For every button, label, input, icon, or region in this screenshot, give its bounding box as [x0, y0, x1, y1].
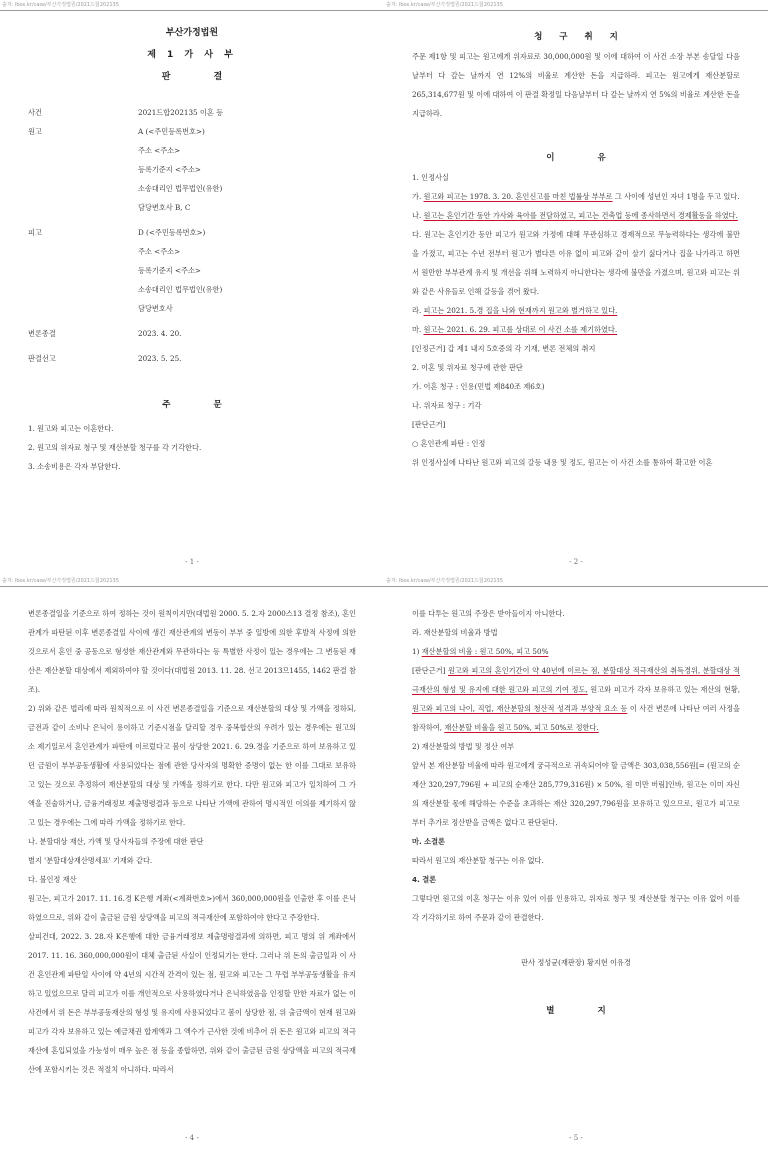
paragraph: 변론종결일을 기준으로 하여 정하는 것이 원칙이지만(대법원 2000. 5.…: [28, 604, 356, 699]
item-prefix: [판단근거]: [412, 666, 448, 675]
item-prefix: 나.: [412, 211, 424, 220]
defendant-line: D (<주민등록번호>): [138, 223, 356, 242]
page-number: - 5 -: [384, 1134, 768, 1142]
defendant-line: 담당변호사: [138, 299, 356, 318]
header-rule: [384, 10, 768, 11]
section-heading: 다. 불인정 재산: [28, 870, 356, 889]
page-number: - 4 -: [0, 1134, 384, 1142]
ruling-date: 2023. 5. 25.: [138, 349, 356, 368]
paragraph: 2) 위와 같은 법리에 따라 원칙적으로 이 사건 변론종결일을 기준으로 재…: [28, 699, 356, 832]
plaintiff-label: 원고: [28, 122, 138, 217]
page-1: 출처: lbox.kr/case/부산가정법원/2021드합202135 부산가…: [0, 0, 384, 576]
order-item: 1. 원고와 피고는 이혼한다.: [28, 419, 356, 438]
order-item: 2. 원고의 위자료 청구 및 재산분할 청구를 각 기각한다.: [28, 438, 356, 457]
ruling-label: 판결선고: [28, 349, 138, 368]
fact-ma: 마. 원고는 2021. 6. 29. 피고를 상대로 이 사건 소를 제기하였…: [412, 320, 740, 339]
paragraph: 앞서 본 재산분할 비율에 따라 원고에게 궁극적으로 귀속되어야 할 금액은 …: [412, 756, 740, 832]
division-name: 제 1 가 사 부: [28, 46, 356, 65]
section-heading: 4. 결론: [412, 870, 740, 889]
claim-text: 주문 제1항 및 피고는 원고에게 위자료로 30,000,000원 및 이에 …: [412, 47, 740, 123]
claim-heading: 청 구 취 지: [412, 28, 740, 47]
defendant-line: 주소 <주소>: [138, 242, 356, 261]
page-5: 출처: lbox.kr/case/부산가정법원/2021드합202135 이를 …: [384, 576, 768, 1152]
court-name: 부산가정법원: [28, 24, 356, 43]
highlighted-text: 원고는 2021. 6. 29. 피고를 상대로 이 사건 소를 제기하였다.: [424, 325, 618, 334]
header-rule: [384, 586, 768, 587]
defendant-line: 등록기준지 <주소>: [138, 261, 356, 280]
section-heading: 라. 재산분할의 비율과 방법: [412, 623, 740, 642]
fact-ra: 라. 피고는 2021. 5.경 집을 나와 현재까지 원고와 별거하고 있다.: [412, 301, 740, 320]
highlighted-text: 재산분할 비율을 원고 50%, 피고 50%로 정한다.: [444, 723, 598, 732]
text: 원고와 피고가 각자 보유하고 있는 재산의 현황,: [588, 685, 740, 694]
reason-heading: 이 유: [412, 149, 740, 168]
highlighted-text: 피고는 2021. 5.경 집을 나와 현재까지 원고와 별거하고 있다.: [424, 306, 618, 315]
item-prefix: 1): [412, 647, 422, 656]
breakdown-finding: ○ 혼인관계 파탄 : 인정: [412, 434, 740, 453]
highlighted-text: 원고와 피고의 나이, 직업, 재산분할의 청산적 성격과 부양적 요소 등: [412, 704, 627, 713]
highlighted-text: 원고는 혼인기간 동안 가사와 육아를 전담하였고, 피고는 건축업 등에 종사…: [424, 211, 738, 220]
closing-date: 2023. 4. 20.: [138, 324, 356, 343]
paragraph: 이를 다투는 원고의 주장은 받아들이지 아니한다.: [412, 604, 740, 623]
highlighted-text: 원고와 피고는 1978. 3. 20. 혼인신고를 마친 법률상 부부로: [424, 192, 613, 201]
source-header: 출처: lbox.kr/case/부산가정법원/2021드합202135: [386, 577, 503, 584]
page-number: - 2 -: [384, 558, 768, 566]
defendant-line: 소송대리인 법무법인(유한): [138, 280, 356, 299]
ratio-line: 1) 재산분할의 비율 : 원고 50%, 피고 50%: [412, 642, 740, 661]
order-heading: 주 문: [28, 396, 356, 415]
fact-da: 다. 원고는 혼인기간 동안 피고가 원고와 가정에 대해 무관심하고 경제적으…: [412, 225, 740, 301]
text: 그 사이에 성년인 자녀 1명을 두고 있다.: [613, 192, 740, 201]
document-viewer: 출처: lbox.kr/case/부산가정법원/2021드합202135 부산가…: [0, 0, 768, 1152]
page-2: 출처: lbox.kr/case/부산가정법원/2021드합202135 청 구…: [384, 0, 768, 576]
paragraph: 따라서 원고의 재산분할 청구는 이유 없다.: [412, 851, 740, 870]
case-value: 2021드합202135 이혼 등: [138, 103, 356, 122]
order-item: 3. 소송비용은 각자 부담한다.: [28, 457, 356, 476]
plaintiff-line: A (<주민등록번호>): [138, 122, 356, 141]
section-heading: 2) 재산분할의 방법 및 정산 여부: [412, 737, 740, 756]
case-row: 사건 2021드합202135 이혼 등: [28, 103, 356, 122]
paragraph: 원고는, 피고가 2017. 11. 16.경 K은행 계좌(<계좌번호>)에서…: [28, 889, 356, 927]
header-rule: [0, 10, 384, 11]
defendant-row: 피고 D (<주민등록번호>) 주소 <주소> 등록기준지 <주소> 소송대리인…: [28, 223, 356, 318]
doc-type: 판 결: [28, 68, 356, 87]
plaintiff-line: 등록기준지 <주소>: [138, 160, 356, 179]
judgment-heading: 2. 이혼 및 위자료 청구에 관한 판단: [412, 358, 740, 377]
alimony-claim: 나. 위자료 청구 : 기각: [412, 396, 740, 415]
judges-signature: 판사 정성균(재판장) 황지현 이유경: [412, 953, 740, 972]
defendant-label: 피고: [28, 223, 138, 318]
highlighted-text: 재산분할의 비율 : 원고 50%, 피고 50%: [422, 647, 549, 656]
plaintiff-line: 주소 <주소>: [138, 141, 356, 160]
section-heading: 마. 소결론: [412, 832, 740, 851]
continued-text: 위 인정사실에 나타난 원고와 피고의 갈등 내용 및 정도, 원고는 이 사건…: [412, 453, 740, 472]
source-header: 출처: lbox.kr/case/부산가정법원/2021드합202135: [386, 1, 503, 8]
divorce-claim: 가. 이혼 청구 : 인용(민법 제840조 제6호): [412, 377, 740, 396]
item-prefix: 마.: [412, 325, 424, 334]
plaintiff-line: 소송대리인 법무법인(유한): [138, 179, 356, 198]
item-prefix: 가.: [412, 192, 424, 201]
source-header: 출처: lbox.kr/case/부산가정법원/2021드합202135: [2, 1, 119, 8]
header-rule: [0, 586, 384, 587]
page-4: 출처: lbox.kr/case/부산가정법원/2021드합202135 변론종…: [0, 576, 384, 1152]
fact-ga: 가. 원고와 피고는 1978. 3. 20. 혼인신고를 마친 법률상 부부로…: [412, 187, 740, 206]
section-heading: 나. 분할대상 재산, 가액 및 당사자들의 주장에 대한 판단: [28, 832, 356, 851]
paragraph: 별지 '분할대상재산명세표' 기재와 같다.: [28, 851, 356, 870]
ratio-basis: [판단근거] 원고와 피고의 혼인기간이 약 40년에 이르는 점, 분할대상 …: [412, 661, 740, 737]
closing-label: 변론종결: [28, 324, 138, 343]
ruling-basis: [판단근거]: [412, 415, 740, 434]
ruling-row: 판결선고 2023. 5. 25.: [28, 349, 356, 368]
facts-heading: 1. 인정사실: [412, 168, 740, 187]
item-prefix: 라.: [412, 306, 424, 315]
appendix-heading: 별 지: [412, 1002, 740, 1021]
plaintiff-row: 원고 A (<주민등록번호>) 주소 <주소> 등록기준지 <주소> 소송대리인…: [28, 122, 356, 217]
fact-na: 나. 원고는 혼인기간 동안 가사와 육아를 전담하였고, 피고는 건축업 등에…: [412, 206, 740, 225]
paragraph: 그렇다면 원고의 이혼 청구는 이유 있어 이를 인용하고, 위자료 청구 및 …: [412, 889, 740, 927]
source-header: 출처: lbox.kr/case/부산가정법원/2021드합202135: [2, 577, 119, 584]
page-number: - 1 -: [0, 558, 384, 566]
evidence-basis: [인정근거] 갑 제1 내지 5호증의 각 기재, 변론 전체의 취지: [412, 339, 740, 358]
closing-row: 변론종결 2023. 4. 20.: [28, 324, 356, 343]
plaintiff-line: 담당변호사 B, C: [138, 198, 356, 217]
paragraph: 살피건대, 2022. 3. 28.자 K은행에 대한 금융거래정보 제출명령결…: [28, 927, 356, 1079]
case-label: 사건: [28, 103, 138, 122]
